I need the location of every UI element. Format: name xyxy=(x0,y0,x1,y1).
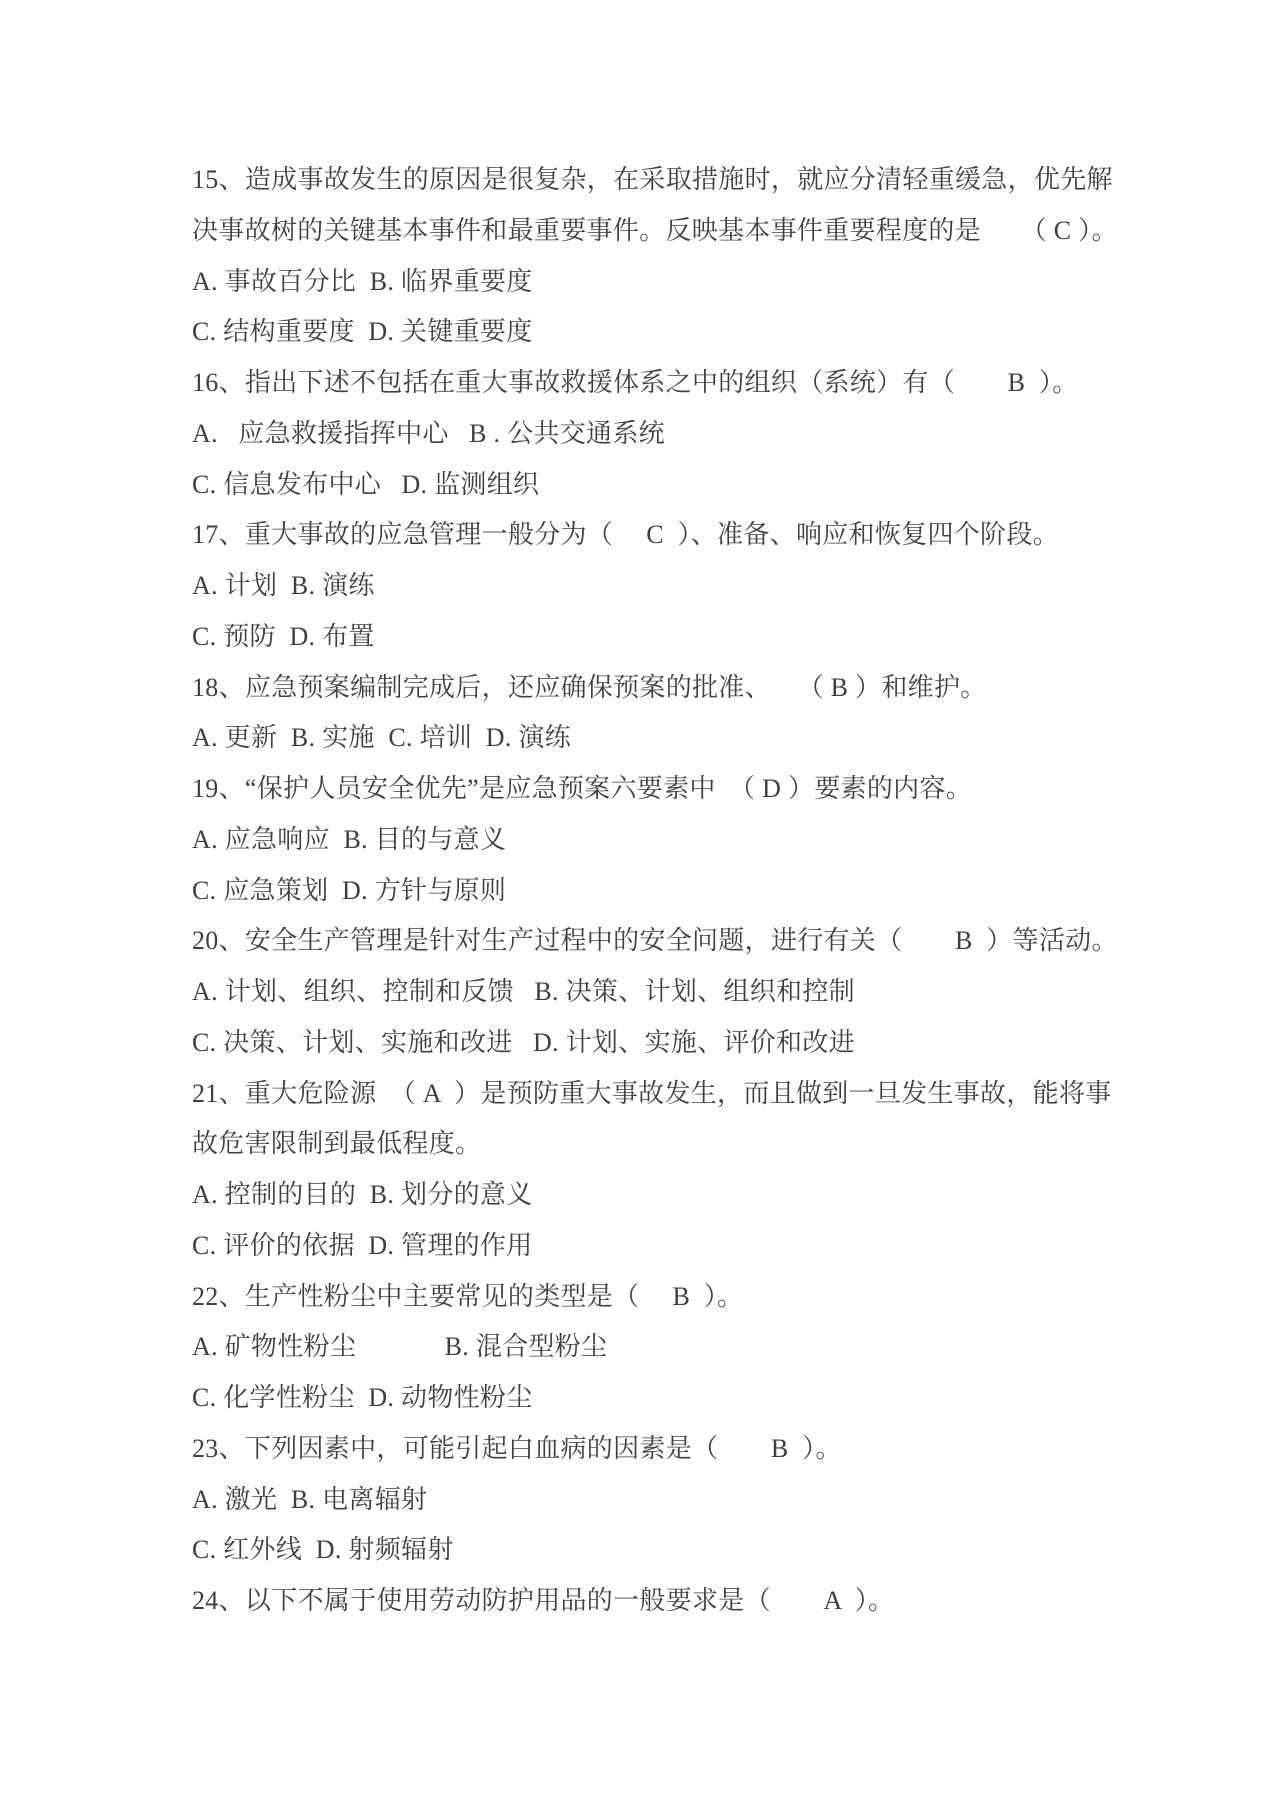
q19-options-ab: A. 应急响应 B. 目的与意义 xyxy=(192,815,1212,866)
document-page: 15、造成事故发生的原因是很复杂，在采取措施时，就应分清轻重缓急，优先解 决事故… xyxy=(0,0,1274,1804)
q15-options-ab: A. 事故百分比 B. 临界重要度 xyxy=(192,257,1212,308)
q15-stem-line1: 15、造成事故发生的原因是很复杂，在采取措施时，就应分清轻重缓急，优先解 xyxy=(192,155,1212,206)
q16-stem: 16、指出下述不包括在重大事故救援体系之中的组织（系统）有（ B ）。 xyxy=(192,358,1212,409)
exam-questions-text-block: 15、造成事故发生的原因是很复杂，在采取措施时，就应分清轻重缓急，优先解 决事故… xyxy=(192,155,1212,1627)
q19-stem: 19、“保护人员安全优先”是应急预案六要素中 （ D ）要素的内容。 xyxy=(192,764,1212,815)
q22-options-ab: A. 矿物性粉尘 B. 混合型粉尘 xyxy=(192,1322,1212,1373)
q16-options-cd: C. 信息发布中心 D. 监测组织 xyxy=(192,460,1212,511)
q17-stem: 17、重大事故的应急管理一般分为（ C ）、准备、响应和恢复四个阶段。 xyxy=(192,510,1212,561)
q20-stem: 20、安全生产管理是针对生产过程中的安全问题，进行有关（ B ）等活动。 xyxy=(192,916,1212,967)
q21-options-ab: A. 控制的目的 B. 划分的意义 xyxy=(192,1170,1212,1221)
q23-options-cd: C. 红外线 D. 射频辐射 xyxy=(192,1525,1212,1576)
q23-stem: 23、下列因素中，可能引起白血病的因素是（ B ）。 xyxy=(192,1424,1212,1475)
q18-stem: 18、应急预案编制完成后，还应确保预案的批准、 （ B ）和维护。 xyxy=(192,663,1212,714)
q15-options-cd: C. 结构重要度 D. 关键重要度 xyxy=(192,307,1212,358)
q17-options-ab: A. 计划 B. 演练 xyxy=(192,561,1212,612)
q17-options-cd: C. 预防 D. 布置 xyxy=(192,612,1212,663)
q16-options-ab: A. 应急救援指挥中心 B . 公共交通系统 xyxy=(192,409,1212,460)
q22-stem: 22、生产性粉尘中主要常见的类型是（ B ）。 xyxy=(192,1272,1212,1323)
q24-stem: 24、以下不属于使用劳动防护用品的一般要求是（ A ）。 xyxy=(192,1576,1212,1627)
q20-options-ab: A. 计划、组织、控制和反馈 B. 决策、计划、组织和控制 xyxy=(192,967,1212,1018)
q21-stem-line1: 21、重大危险源 （ A ）是预防重大事故发生，而且做到一旦发生事故，能将事 xyxy=(192,1069,1212,1120)
q23-options-ab: A. 激光 B. 电离辐射 xyxy=(192,1475,1212,1526)
q20-options-cd: C. 决策、计划、实施和改进 D. 计划、实施、评价和改进 xyxy=(192,1018,1212,1069)
q21-stem-line2: 故危害限制到最低程度。 xyxy=(192,1119,1212,1170)
q21-options-cd: C. 评价的依据 D. 管理的作用 xyxy=(192,1221,1212,1272)
q18-options-abcd: A. 更新 B. 实施 C. 培训 D. 演练 xyxy=(192,713,1212,764)
q15-stem-line2: 决事故树的关键基本事件和最重要事件。反映基本事件重要程度的是 （ C ）。 xyxy=(192,206,1212,257)
q22-options-cd: C. 化学性粉尘 D. 动物性粉尘 xyxy=(192,1373,1212,1424)
q19-options-cd: C. 应急策划 D. 方针与原则 xyxy=(192,866,1212,917)
